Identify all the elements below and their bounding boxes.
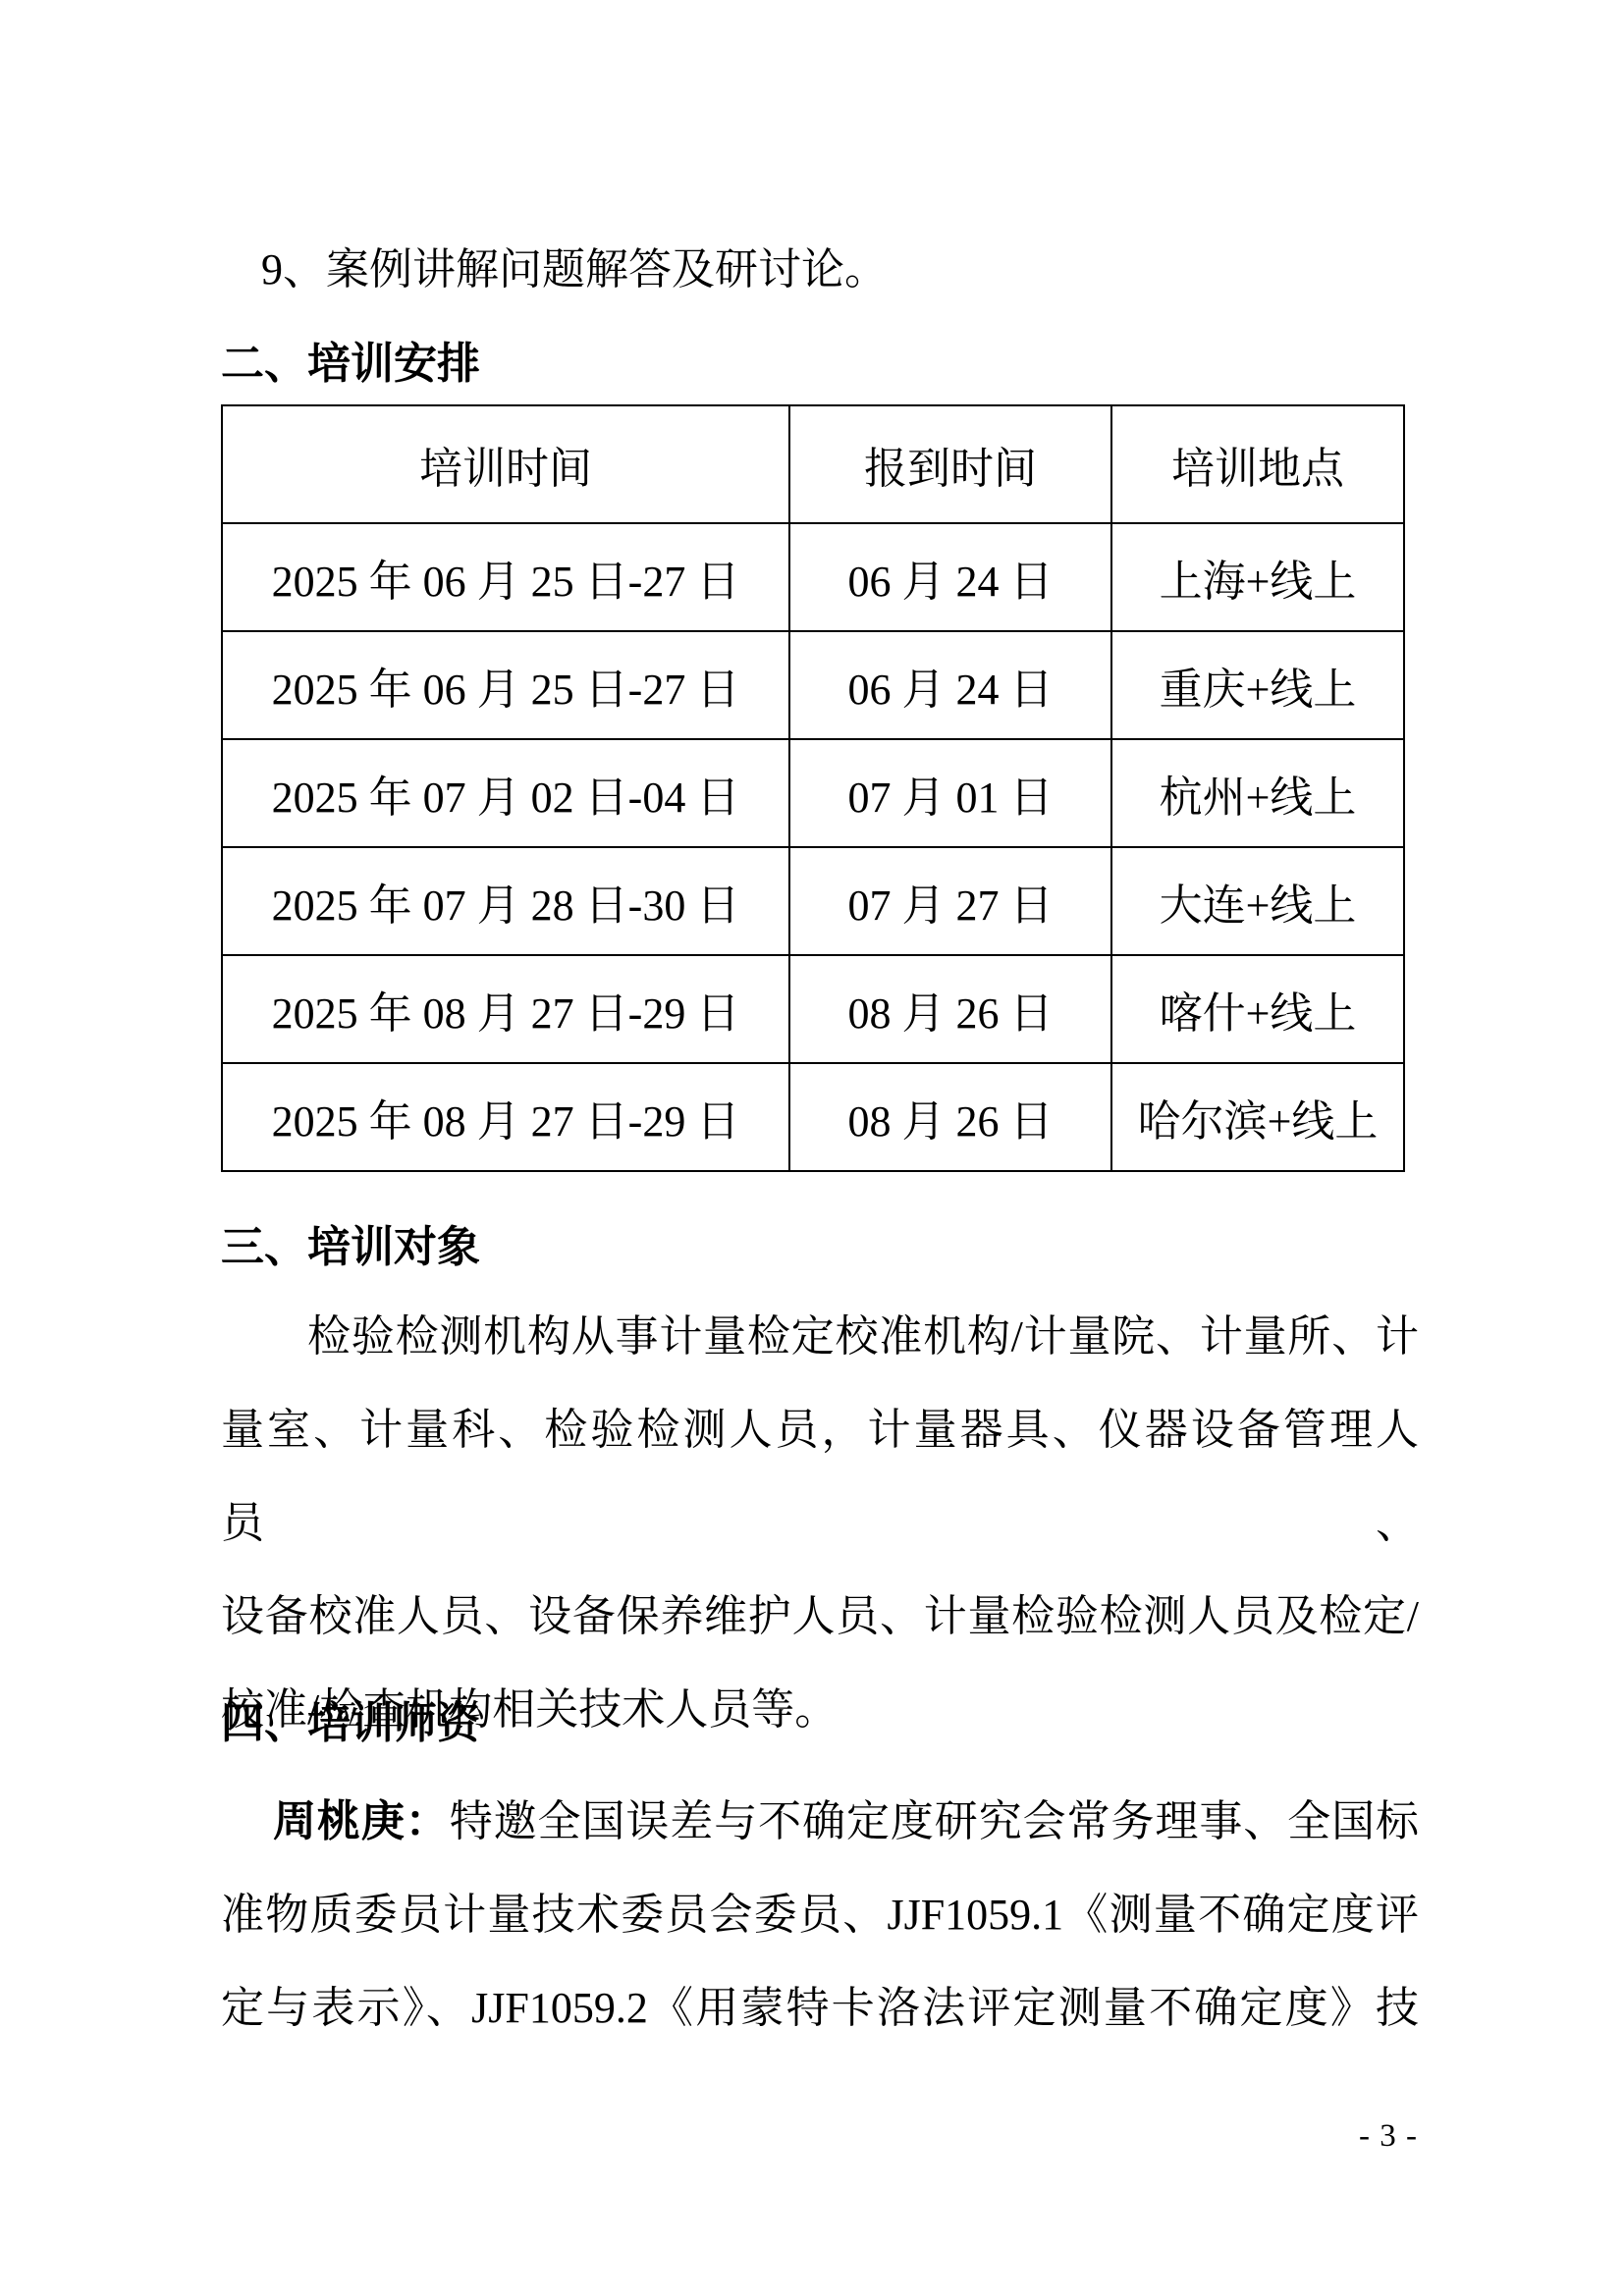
- table-cell: 2025 年 06 月 25 日-27 日: [222, 631, 789, 739]
- column-header-training-time: 培训时间: [222, 405, 789, 523]
- table-cell: 2025 年 08 月 27 日-29 日: [222, 1063, 789, 1171]
- table-cell: 08 月 26 日: [789, 955, 1111, 1063]
- table-row: 2025 年 07 月 28 日-30 日07 月 27 日大连+线上: [222, 847, 1404, 955]
- document-page: 9、案例讲解问题解答及研讨论。 二、培训安排 培训时间 报到时间 培训地点 20…: [0, 0, 1624, 2296]
- section-heading-training-audience: 三、培训对象: [221, 1215, 1419, 1279]
- section-heading-training-faculty: 四、培训师资: [221, 1691, 1419, 1755]
- list-item-9: 9、案例讲解问题解答及研讨论。: [221, 223, 1419, 316]
- table-cell: 07 月 01 日: [789, 739, 1111, 847]
- table-cell: 07 月 27 日: [789, 847, 1111, 955]
- table-header-row: 培训时间 报到时间 培训地点: [222, 405, 1404, 523]
- faculty-intro-line: 周桃庚：特邀全国误差与不确定度研究会常务理事、全国标: [221, 1775, 1419, 1868]
- page-number: - 3 -: [1359, 2118, 1418, 2154]
- table-body: 2025 年 06 月 25 日-27 日06 月 24 日上海+线上2025 …: [222, 523, 1404, 1171]
- table-cell: 重庆+线上: [1111, 631, 1404, 739]
- table-row: 2025 年 06 月 25 日-27 日06 月 24 日上海+线上: [222, 523, 1404, 631]
- column-header-checkin-time: 报到时间: [789, 405, 1111, 523]
- table-cell: 喀什+线上: [1111, 955, 1404, 1063]
- table-cell: 2025 年 08 月 27 日-29 日: [222, 955, 789, 1063]
- column-header-location: 培训地点: [1111, 405, 1404, 523]
- table-cell: 大连+线上: [1111, 847, 1404, 955]
- table-head: 培训时间 报到时间 培训地点: [222, 405, 1404, 523]
- table-cell: 上海+线上: [1111, 523, 1404, 631]
- section-heading-training-schedule: 二、培训安排: [221, 332, 1419, 396]
- training-audience-paragraph: 检验检测机构从事计量检定校准机构/计量院、计量所、计量室、计量科、检验检测人员，…: [221, 1290, 1419, 1756]
- table-cell: 06 月 24 日: [789, 631, 1111, 739]
- speaker-name: 周桃庚：: [273, 1797, 450, 1845]
- table-cell: 2025 年 06 月 25 日-27 日: [222, 523, 789, 631]
- table-row: 2025 年 08 月 27 日-29 日08 月 26 日哈尔滨+线上: [222, 1063, 1404, 1171]
- paragraph-line: 定与表示》、JJF1059.2《用蒙特卡洛法评定测量不确定度》技: [221, 1961, 1419, 2055]
- speaker-intro-text: 特邀全国误差与不确定度研究会常务理事、全国标: [450, 1797, 1419, 1845]
- table-cell: 哈尔滨+线上: [1111, 1063, 1404, 1171]
- table-cell: 杭州+线上: [1111, 739, 1404, 847]
- table-row: 2025 年 07 月 02 日-04 日07 月 01 日杭州+线上: [222, 739, 1404, 847]
- paragraph-line: 设备校准人员、设备保养维护人员、计量检验检测人员及检定/: [221, 1570, 1419, 1663]
- table-cell: 2025 年 07 月 02 日-04 日: [222, 739, 789, 847]
- paragraph-line: 准物质委员计量技术委员会委员、JJF1059.1《测量不确定度评: [221, 1868, 1419, 1961]
- training-schedule-table: 培训时间 报到时间 培训地点 2025 年 06 月 25 日-27 日06 月…: [221, 404, 1405, 1172]
- table-cell: 2025 年 07 月 28 日-30 日: [222, 847, 789, 955]
- table-cell: 08 月 26 日: [789, 1063, 1111, 1171]
- paragraph-line: 检验检测机构从事计量检定校准机构/计量院、计量所、计: [221, 1290, 1419, 1383]
- table-cell: 06 月 24 日: [789, 523, 1111, 631]
- paragraph-line: 量室、计量科、检验检测人员，计量器具、仪器设备管理人员、: [221, 1383, 1419, 1570]
- table-row: 2025 年 06 月 25 日-27 日06 月 24 日重庆+线上: [222, 631, 1404, 739]
- table-row: 2025 年 08 月 27 日-29 日08 月 26 日喀什+线上: [222, 955, 1404, 1063]
- training-faculty-paragraph: 周桃庚：特邀全国误差与不确定度研究会常务理事、全国标 准物质委员计量技术委员会委…: [221, 1775, 1419, 2055]
